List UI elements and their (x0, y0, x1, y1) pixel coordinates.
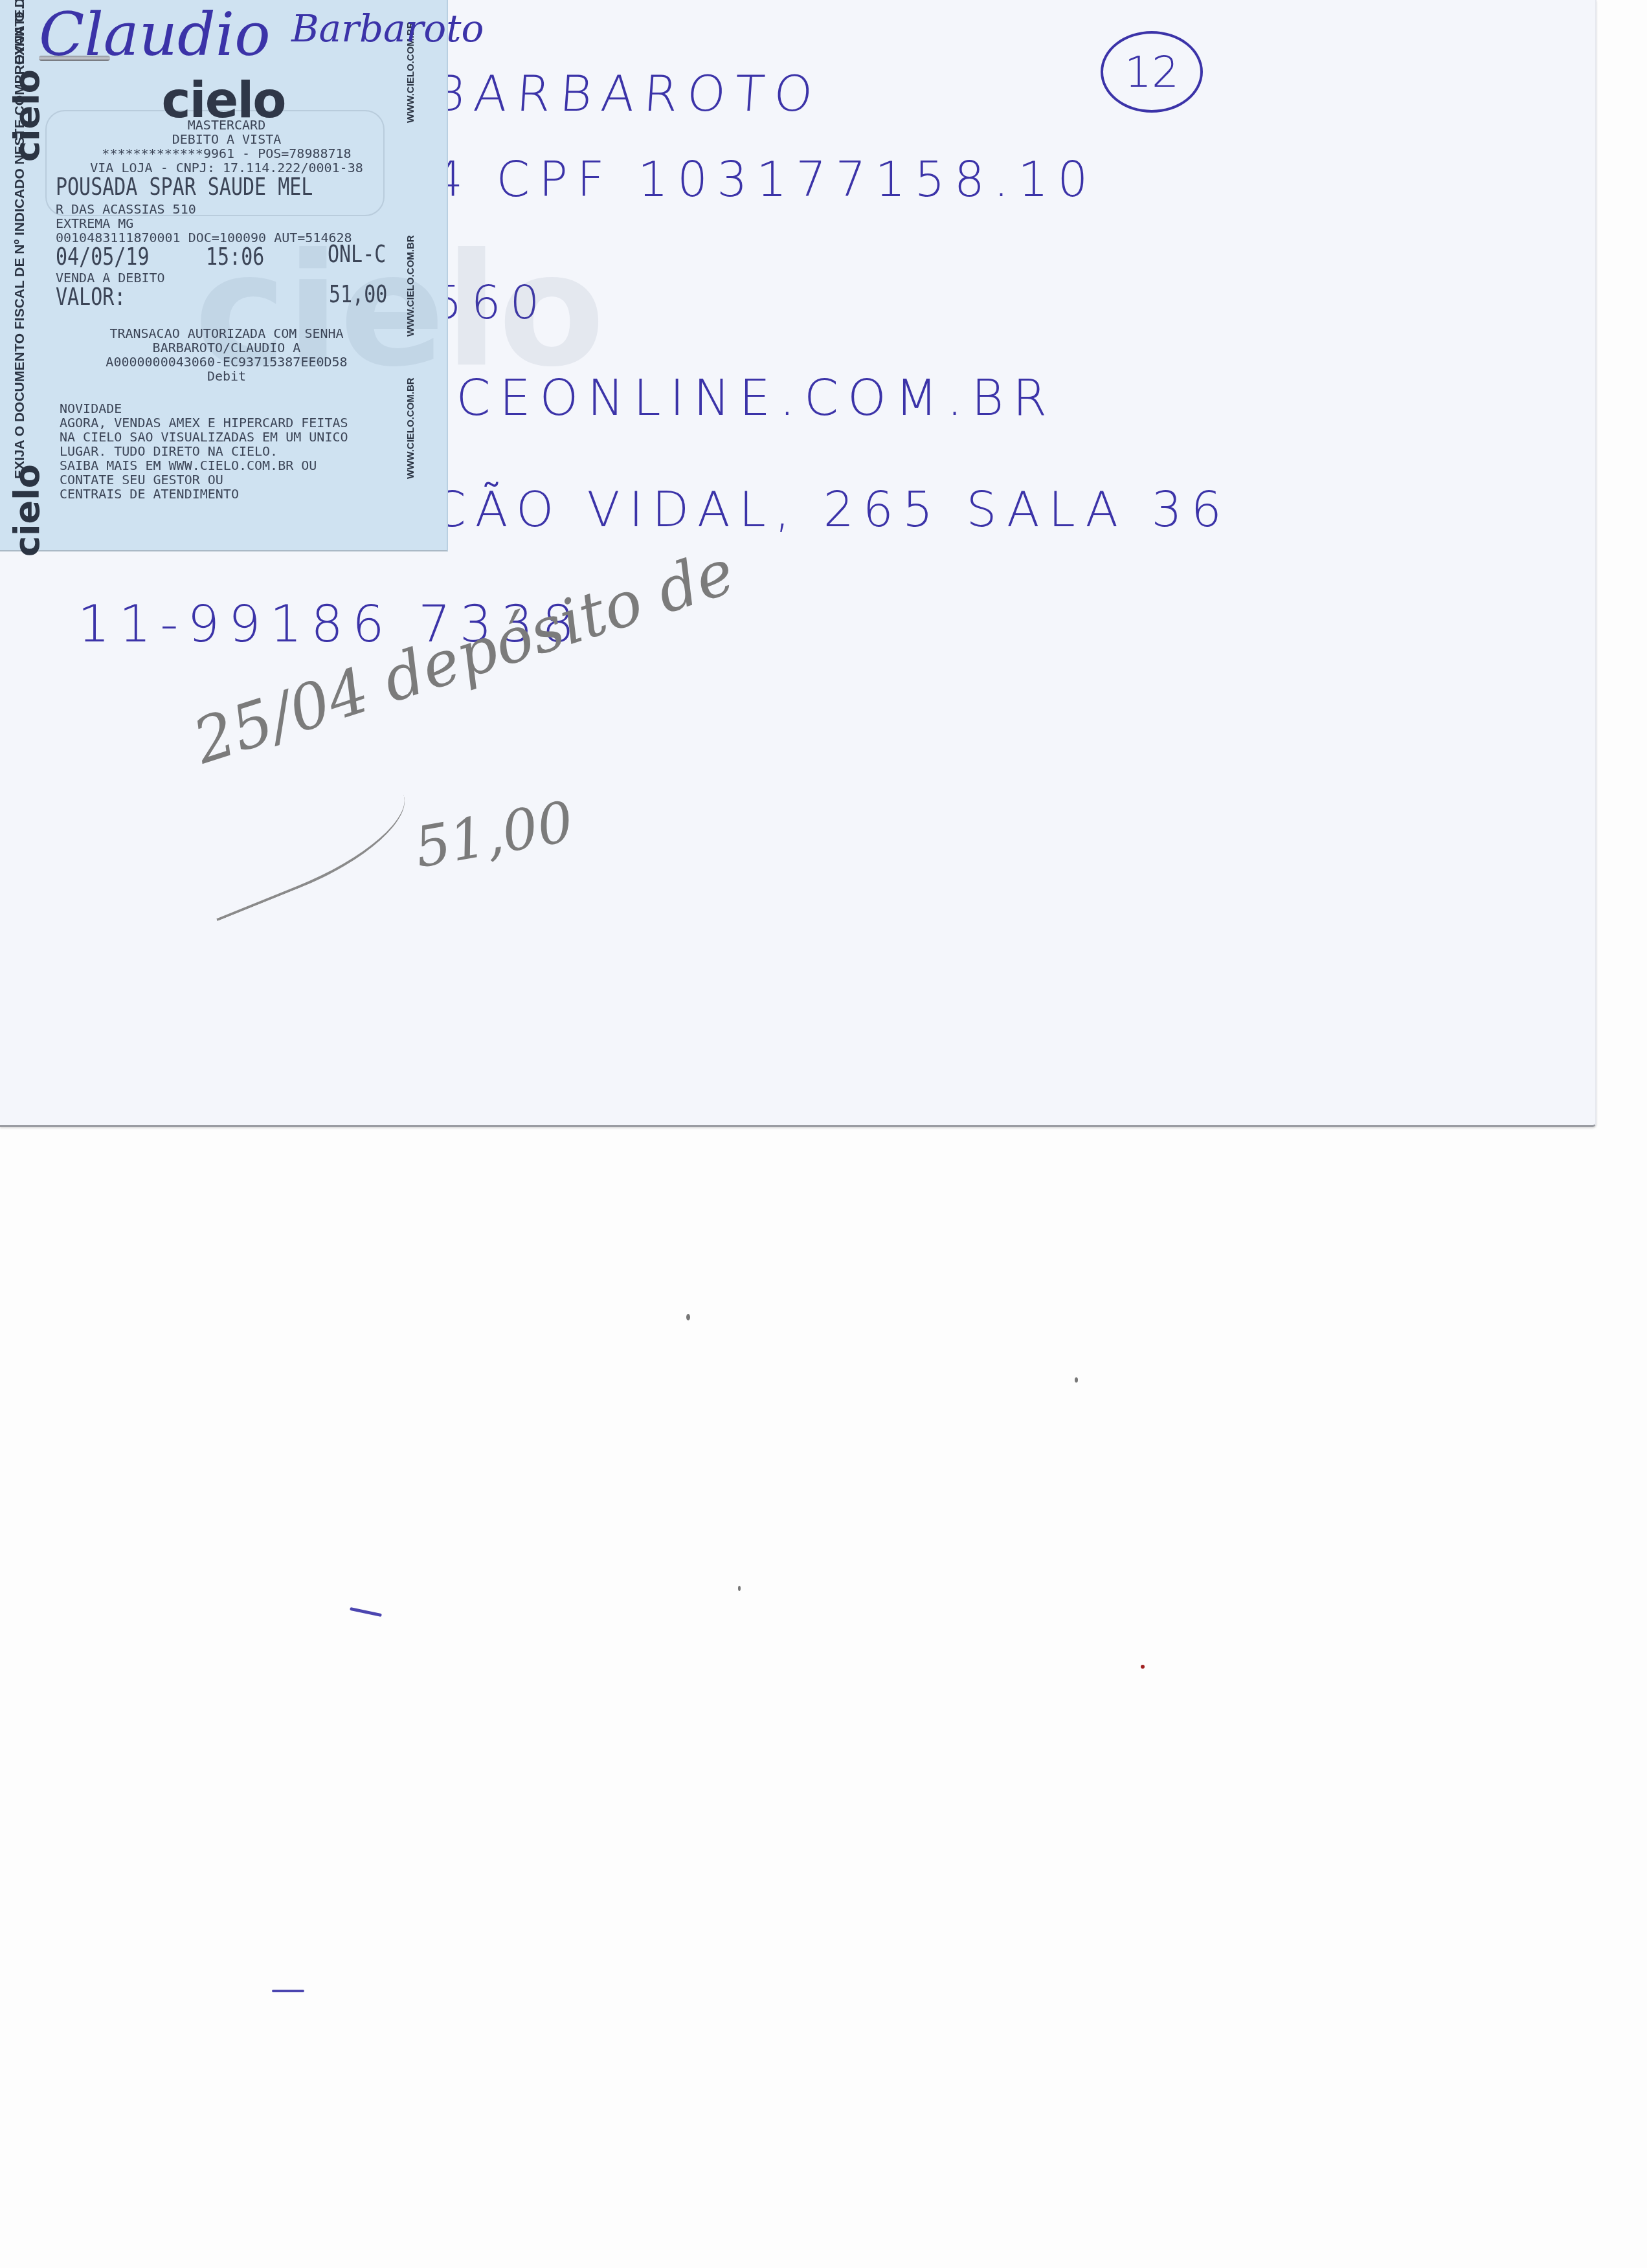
merchant-name: POUSADA SPAR SAUDE MEL (56, 175, 313, 201)
pencil-underline (187, 764, 421, 921)
staple (39, 56, 110, 61)
news-line: CONTATE SEU GESTOR OU (60, 472, 223, 487)
transaction-mode: ONL-C (328, 242, 386, 268)
side-url: WWW.CIELO.COM.BR (405, 235, 416, 337)
signature-last-name: Barbaroto (291, 6, 484, 50)
transaction-date: 04/05/19 (56, 245, 150, 271)
side-url: WWW.CIELO.COM.BR (405, 377, 416, 479)
handwritten-cpf: 4 CPF 103177158.10 (432, 152, 1097, 208)
dust-speck (686, 1314, 690, 1320)
transaction-time: 15:06 (206, 245, 264, 271)
cielo-receipt: cielo EXIJA O DOC... COMPROVA... cielo E… (0, 0, 448, 551)
handwritten-name: BARBAROTO (431, 65, 823, 122)
dust-speck (1075, 1377, 1078, 1383)
circled-number: 12 (1101, 31, 1203, 113)
payment-type: DEBITO A VISTA (39, 132, 414, 146)
news-line: AGORA, VENDAS AMEX E HIPERCARD FEITAS (60, 416, 348, 430)
application-label: Debit (39, 369, 414, 383)
red-speck (1141, 1665, 1145, 1669)
card-brand: MASTERCARD (39, 118, 414, 132)
ink-speck (272, 1990, 304, 1992)
handwritten-address: CÃO VIDAL, 265 SALA 36 (432, 482, 1231, 538)
news-line: LUGAR. TUDO DIRETO NA CIELO. (60, 444, 278, 458)
news-line: NA CIELO SAO VISUALIZADAS EM UM UNICO (60, 430, 348, 444)
news-title: NOVIDADE (60, 401, 122, 416)
news-line: CENTRAIS DE ATENDIMENTO (60, 487, 239, 501)
ink-speck (350, 1607, 382, 1617)
dust-speck (738, 1586, 741, 1591)
application-id: A0000000043060-EC93715387EE0D58 (39, 355, 414, 369)
cielo-side-logo-bottom: cielo (6, 464, 47, 557)
value-label: VALOR: (56, 285, 126, 311)
value-amount: 51,00 (329, 282, 387, 308)
card-pos: *************9961 - POS=78988718 (39, 146, 414, 161)
pencil-deposit-amount: 51,00 (410, 789, 578, 880)
cardholder-name: BARBAROTO/CLAUDIO A (39, 340, 414, 355)
merchant-address: R DAS ACASSIAS 510 (56, 202, 196, 216)
merchant-city: EXTREMA MG (56, 216, 133, 230)
news-line: SAIBA MAIS EM WWW.CIELO.COM.BR OU (60, 458, 317, 472)
pencil-deposit-note: 25/04 depósito de (185, 535, 743, 778)
auth-message: TRANSACAO AUTORIZADA COM SENHA (39, 326, 414, 340)
